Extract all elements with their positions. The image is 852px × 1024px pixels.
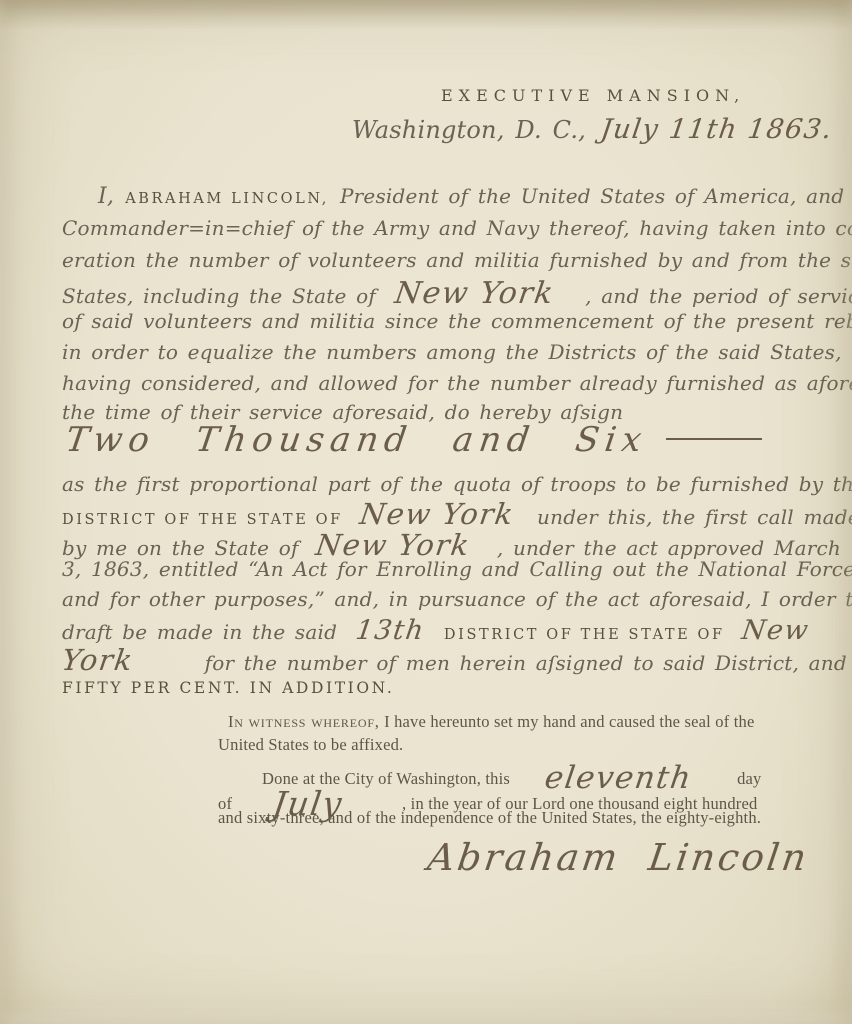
lincoln-name-caps: ABRAHAM LINCOLN,	[125, 191, 329, 207]
witness-line-1: In witness whereof, I have hereunto set …	[228, 712, 755, 732]
fifty-percent-line: FIFTY PER CENT. IN ADDITION.	[62, 679, 394, 697]
form-line-2: Commander=in=chief of the Army and Navy …	[62, 216, 852, 240]
form-line-7: having considered, and allowed for the n…	[62, 371, 852, 395]
handwritten-state-name-1: New York	[393, 276, 557, 311]
quota-fill-dash	[666, 438, 762, 440]
form-line-11: DISTRICT OF THE STATE OF New York under …	[62, 497, 852, 531]
form-line-5: of said volunteers and militia since the…	[62, 309, 852, 333]
form-line-15: draft be made in the said 13th DISTRICT …	[62, 615, 809, 646]
witness-line-1-text: I have hereunto set my hand and caused t…	[384, 712, 754, 731]
form-line-10: as the first proportional part of the qu…	[62, 468, 852, 498]
district-of-state-caps-2: DISTRICT OF THE STATE OF	[444, 627, 725, 643]
handwritten-district-number-2: 13th	[354, 615, 427, 646]
handwritten-state-name-4-part1: New	[740, 615, 812, 646]
form-line-6: in order to equalize the numbers among t…	[62, 340, 852, 364]
form-line-16: York for the number of men herein aſsign…	[62, 643, 847, 677]
form-line-4: States, including the State of New York …	[62, 276, 852, 311]
form-line-11-tail: under this, the first call made	[537, 505, 852, 529]
form-line-13: 3, 1863, entitled “An Act for Enrolling …	[62, 557, 852, 581]
form-line-16-tail: for the number of men herein aſsigned to…	[205, 651, 847, 675]
witness-line-5: and sixty-three, and of the independence…	[218, 808, 761, 828]
handwritten-quota: Two Thousand and Six	[63, 420, 650, 460]
assigned-quota-line: Two Thousand and Six	[66, 420, 762, 460]
form-line-4-text: States, including the State of	[62, 284, 376, 308]
form-line-15-text: draft be made in the said	[62, 620, 337, 644]
lincoln-signature: Abraham Lincoln	[425, 836, 812, 879]
form-line-1-text: President of the United States of Americ…	[340, 184, 844, 208]
in-witness-whereof: In witness whereof,	[228, 712, 380, 731]
signature-line: Abraham Lincoln	[428, 836, 809, 879]
handwritten-state-name-4-part2: York	[60, 643, 136, 677]
form-line-1: I, ABRAHAM LINCOLN, President of the Uni…	[98, 184, 844, 209]
form-line-4-tail: , and the period of service	[585, 284, 852, 308]
dateline: Washington, D. C., July 11th 1863.	[352, 114, 833, 145]
form-line-1-pronoun: I,	[98, 184, 114, 209]
form-line-3: eration the number of volunteers and mil…	[62, 248, 852, 272]
district-of-state-caps-1: DISTRICT OF THE STATE OF	[62, 512, 343, 528]
form-line-10-text: as the first proportional part of the qu…	[62, 472, 852, 496]
witness-line-2: United States to be affixed.	[218, 735, 403, 755]
dateline-place: Washington, D. C.,	[352, 116, 586, 144]
handwritten-date: July 11th 1863.	[599, 114, 835, 145]
form-line-14: and for other purposes,” and, in pursuan…	[62, 587, 852, 611]
handwritten-state-name-2: New York	[357, 497, 516, 531]
document-page: EXECUTIVE MANSION, Washington, D. C., Ju…	[0, 0, 852, 1024]
executive-mansion-heading: EXECUTIVE MANSION,	[441, 86, 745, 105]
